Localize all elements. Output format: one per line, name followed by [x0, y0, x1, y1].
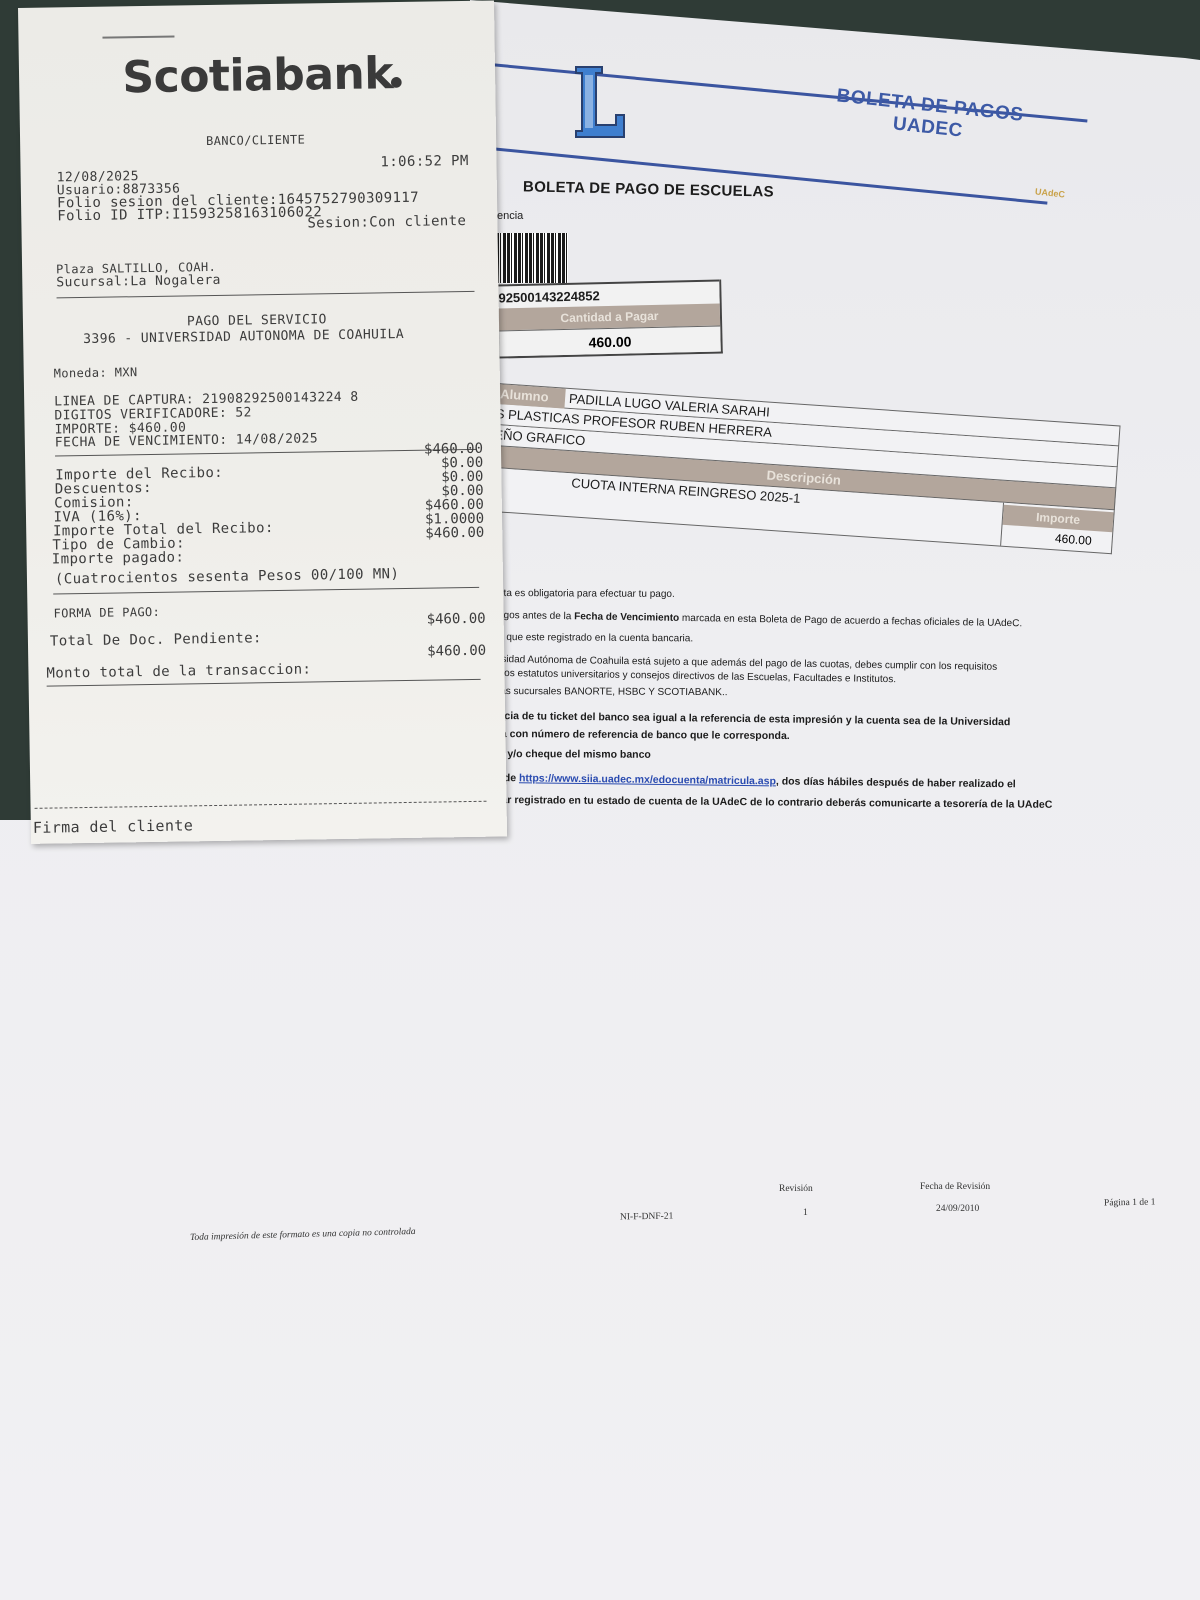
bold-note-3: o y/o cheque del mismo banco [498, 748, 651, 761]
breakdown-value: $0.00 [441, 457, 483, 470]
amount-value: 460.00 [499, 325, 721, 356]
signature-line[interactable] [35, 801, 487, 809]
tear-mark [102, 36, 174, 39]
breakdown-value: $460.00 [425, 499, 484, 512]
divider [53, 587, 479, 595]
form-code: NI-F-DNF-21 [620, 1212, 673, 1223]
folio-itp: Folio ID ITP:I1593258163106022 [57, 206, 322, 223]
signature-label: Firma del cliente [33, 819, 194, 835]
breakdown-value: $460.00 [425, 527, 484, 540]
program-name: EÑO GRAFICO [494, 427, 586, 448]
pending-total-label: Total De Doc. Pendiente: [50, 632, 262, 648]
note-1: eta es obligatoria para efectuar tu pago… [498, 588, 675, 600]
fecha-vencimiento: FECHA DE VENCIMIENTO: 14/08/2025 [55, 432, 318, 449]
registro-note: tar registrado en tu estado de cuenta de… [498, 794, 1052, 811]
revision-date-label: Fecha de Revisión [920, 1182, 990, 1192]
pending-total-value: $460.00 [427, 613, 486, 626]
edocuenta-link[interactable]: https://www.siia.uadec.mx/edocuenta/matr… [519, 772, 776, 787]
divider [55, 449, 477, 457]
currency: Moneda: MXN [54, 366, 138, 380]
bold-note-1: ncia de tu ticket del banco sea igual a … [498, 710, 1010, 728]
barcode [496, 233, 568, 283]
copy-disclaimer: Toda impresión de este formato es una co… [190, 1227, 416, 1243]
breakdown-label: Importe pagado: [52, 551, 185, 566]
reference-label-fragment: encia [497, 210, 523, 222]
receipt-time: 1:06:52 PM [380, 155, 468, 169]
revision-label: Revisión [779, 1184, 813, 1194]
note-2: agos antes de la Fecha de Vencimiento ma… [498, 610, 1022, 629]
transaction-total-value: $460.00 [427, 645, 486, 658]
page-number: Página 1 de 1 [1104, 1198, 1156, 1209]
session-type: Sesion:Con cliente [307, 215, 466, 230]
divider [57, 291, 475, 299]
logo-dot-icon: ● [390, 74, 402, 90]
breakdown-value: $0.00 [441, 485, 483, 498]
revision-date-value: 24/09/2010 [936, 1204, 979, 1214]
amount-box: 92500143224852 Cantidad a Pagar 460.00 [496, 279, 723, 358]
amount-in-words: (Cuatrocientos sesenta Pesos 00/100 MN) [55, 568, 399, 586]
sucursal: Sucursal:La Nogalera [56, 274, 221, 290]
bold-note-2: la con número de referencia de banco que… [498, 728, 790, 742]
link-note: i de https://www.siia.uadec.mx/edocuenta… [498, 772, 1016, 790]
uadec-wordmark: UAdeC [1035, 186, 1066, 199]
breakdown-value: $0.00 [441, 471, 483, 484]
transaction-total-label: Monto total de la transaccion: [46, 663, 311, 680]
importe-cell: Importe 460.00 [1001, 503, 1114, 553]
service-heading: PAGO DEL SERVICIO [187, 313, 327, 328]
note-3: a que este registrado en la cuenta banca… [498, 632, 693, 644]
slip-title: BOLETA DE PAGOS UADEC [833, 85, 1024, 148]
uadec-l-logo-icon [572, 63, 628, 141]
payment-method: FORMA DE PAGO: [53, 606, 160, 621]
bank-logo: Scotiabank● [19, 47, 496, 105]
service-name: 3396 - UNIVERSIDAD AUTONOMA DE COAHUILA [83, 328, 404, 346]
bank-receipt: Scotiabank● BANCO/CLIENTE 1:06:52 PM 12/… [18, 1, 507, 844]
breakdown-list [18, 1, 494, 8]
breakdown-value: $1.0000 [425, 513, 484, 526]
revision-value: 1 [803, 1208, 808, 1218]
breakdown-value: $460.00 [424, 443, 483, 456]
copy-label: BANCO/CLIENTE [206, 134, 305, 149]
note-5: los estatutos universitarios y consejos … [502, 668, 896, 685]
student-table: AlumnoPADILLA LUGO VALERIA SARAHI S PLAS… [488, 383, 1120, 554]
note-6: las sucursales BANORTE, HSBC Y SCOTIABAN… [498, 686, 728, 698]
